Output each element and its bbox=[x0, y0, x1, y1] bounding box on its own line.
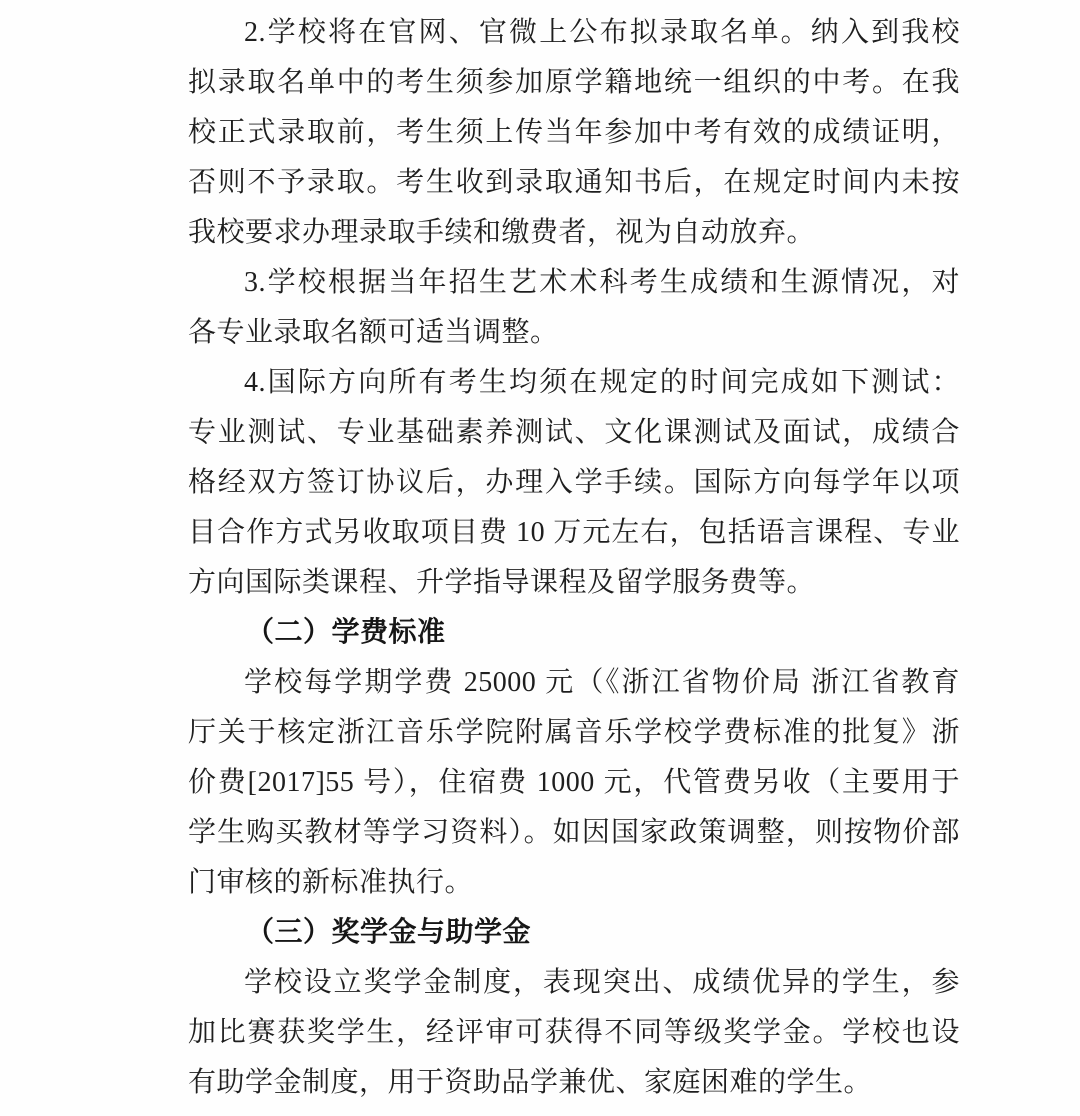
paragraph-text-line: 4.国际方向所有考生均须在规定的时间完成如下测试： bbox=[188, 358, 960, 408]
paragraph-item-3-quota-adjustment: 3.学校根据当年招生艺术术科考生成绩和生源情况，对各专业录取名额可适当调整。 bbox=[188, 258, 960, 358]
paragraph-item-4-international-track: 4.国际方向所有考生均须在规定的时间完成如下测试：专业测试、专业基础素养测试、文… bbox=[188, 358, 960, 608]
paragraph-text-line: 否则不予录取。考生收到录取通知书后，在规定时间内未按 bbox=[188, 158, 960, 208]
paragraph-text-line: 学校设立奖学金制度，表现突出、成绩优异的学生，参 bbox=[188, 958, 960, 1008]
document-viewport: { "page": { "background_color": "#fefefe… bbox=[0, 0, 1080, 1116]
heading-text-line: （三）奖学金与助学金 bbox=[188, 908, 960, 958]
paragraph-text-line: 价费[2017]55 号），住宿费 1000 元，代管费另收（主要用于 bbox=[188, 758, 960, 808]
paragraph-scholarship-detail: 学校设立奖学金制度，表现突出、成绩优异的学生，参加比赛获奖学生，经评审可获得不同… bbox=[188, 958, 960, 1108]
paragraph-text-line: 校正式录取前，考生须上传当年参加中考有效的成绩证明， bbox=[188, 108, 960, 158]
paragraph-text-line: 格经双方签订协议后，办理入学手续。国际方向每学年以项 bbox=[188, 458, 960, 508]
paragraph-text-line: 目合作方式另收取项目费 10 万元左右，包括语言课程、专业 bbox=[188, 508, 960, 558]
paragraph-text-line: 厅关于核定浙江音乐学院附属音乐学校学费标准的批复》浙 bbox=[188, 708, 960, 758]
paragraph-text-line: 学校每学期学费 25000 元（《浙江省物价局 浙江省教育 bbox=[188, 658, 960, 708]
paragraph-text-line: 方向国际类课程、升学指导课程及留学服务费等。 bbox=[188, 558, 960, 608]
paragraph-text-line: 2.学校将在官网、官微上公布拟录取名单。纳入到我校 bbox=[188, 8, 960, 58]
heading-text-line: （二）学费标准 bbox=[188, 608, 960, 658]
paragraph-item-2-admission-list: 2.学校将在官网、官微上公布拟录取名单。纳入到我校拟录取名单中的考生须参加原学籍… bbox=[188, 8, 960, 258]
paragraph-text-line: 学生购买教材等学习资料）。如因国家政策调整，则按物价部 bbox=[188, 808, 960, 858]
section-heading-scholarship: （三）奖学金与助学金 bbox=[188, 908, 960, 958]
paragraph-text-line: 3.学校根据当年招生艺术术科考生成绩和生源情况，对 bbox=[188, 258, 960, 308]
paragraph-text-line: 专业测试、专业基础素养测试、文化课测试及面试，成绩合 bbox=[188, 408, 960, 458]
paragraph-text-line: 加比赛获奖学生，经评审可获得不同等级奖学金。学校也设 bbox=[188, 1008, 960, 1058]
paragraph-text-line: 各专业录取名额可适当调整。 bbox=[188, 308, 960, 358]
document-page: 2.学校将在官网、官微上公布拟录取名单。纳入到我校拟录取名单中的考生须参加原学籍… bbox=[188, 8, 960, 1108]
section-heading-tuition: （二）学费标准 bbox=[188, 608, 960, 658]
paragraph-text-line: 门审核的新标准执行。 bbox=[188, 858, 960, 908]
paragraph-text-line: 我校要求办理录取手续和缴费者，视为自动放弃。 bbox=[188, 208, 960, 258]
paragraph-text-line: 拟录取名单中的考生须参加原学籍地统一组织的中考。在我 bbox=[188, 58, 960, 108]
paragraph-text-line: 有助学金制度，用于资助品学兼优、家庭困难的学生。 bbox=[188, 1058, 960, 1108]
paragraph-tuition-detail: 学校每学期学费 25000 元（《浙江省物价局 浙江省教育厅关于核定浙江音乐学院… bbox=[188, 658, 960, 908]
